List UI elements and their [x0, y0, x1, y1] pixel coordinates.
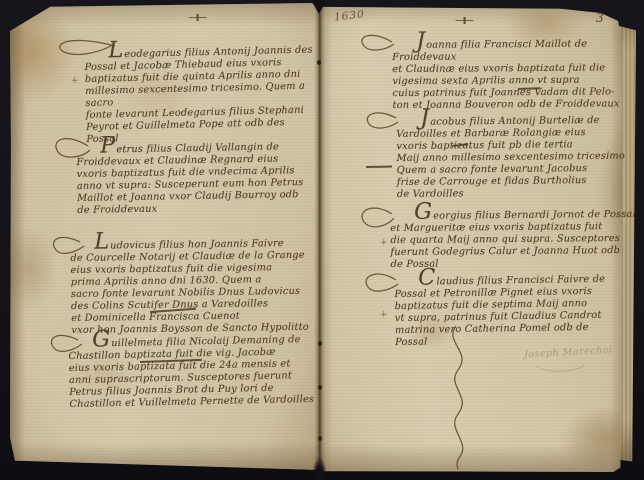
- folio-number: 3: [596, 11, 604, 25]
- margin-cross-mark: +: [380, 310, 388, 320]
- manuscript-scan: Leodegarius filius Antonij Joannis des P…: [0, 0, 644, 480]
- margin-cross-mark: +: [380, 238, 388, 248]
- binding-notch-top: [311, 0, 327, 14]
- margin-cross-mark: +: [71, 76, 79, 86]
- binding-stitch: [318, 436, 322, 441]
- baptism-entry-ludovicus: Ludovicus filius hon Joannis Faivre de C…: [70, 231, 323, 337]
- baptism-entry-jacobus: Jacobus filius Antonij Burteliæ de Vardo…: [396, 109, 635, 201]
- baptism-entry-petrus: Petrus filius Claudij Vallangin de Froid…: [76, 135, 323, 217]
- binding-notch-bottom: [313, 456, 326, 480]
- cross-mark: +: [186, 11, 210, 24]
- baptism-entry-georgius: Georgius filius Bernardi Jornot de Possa…: [390, 203, 637, 271]
- cross-mark: +: [453, 14, 477, 27]
- baptism-entry-joanna: Joanna filia Francisci Maillot de Froidd…: [392, 32, 639, 112]
- baptism-entry-guillelmeta: Guillelmeta filia Nicolaij Demaning de C…: [68, 328, 326, 411]
- baptism-entry-claudius: Claudius filius Francisci Faivre de Poss…: [394, 267, 635, 349]
- baptism-entry-leodegarius: Leodegarius filius Antonij Joannis des P…: [84, 38, 328, 146]
